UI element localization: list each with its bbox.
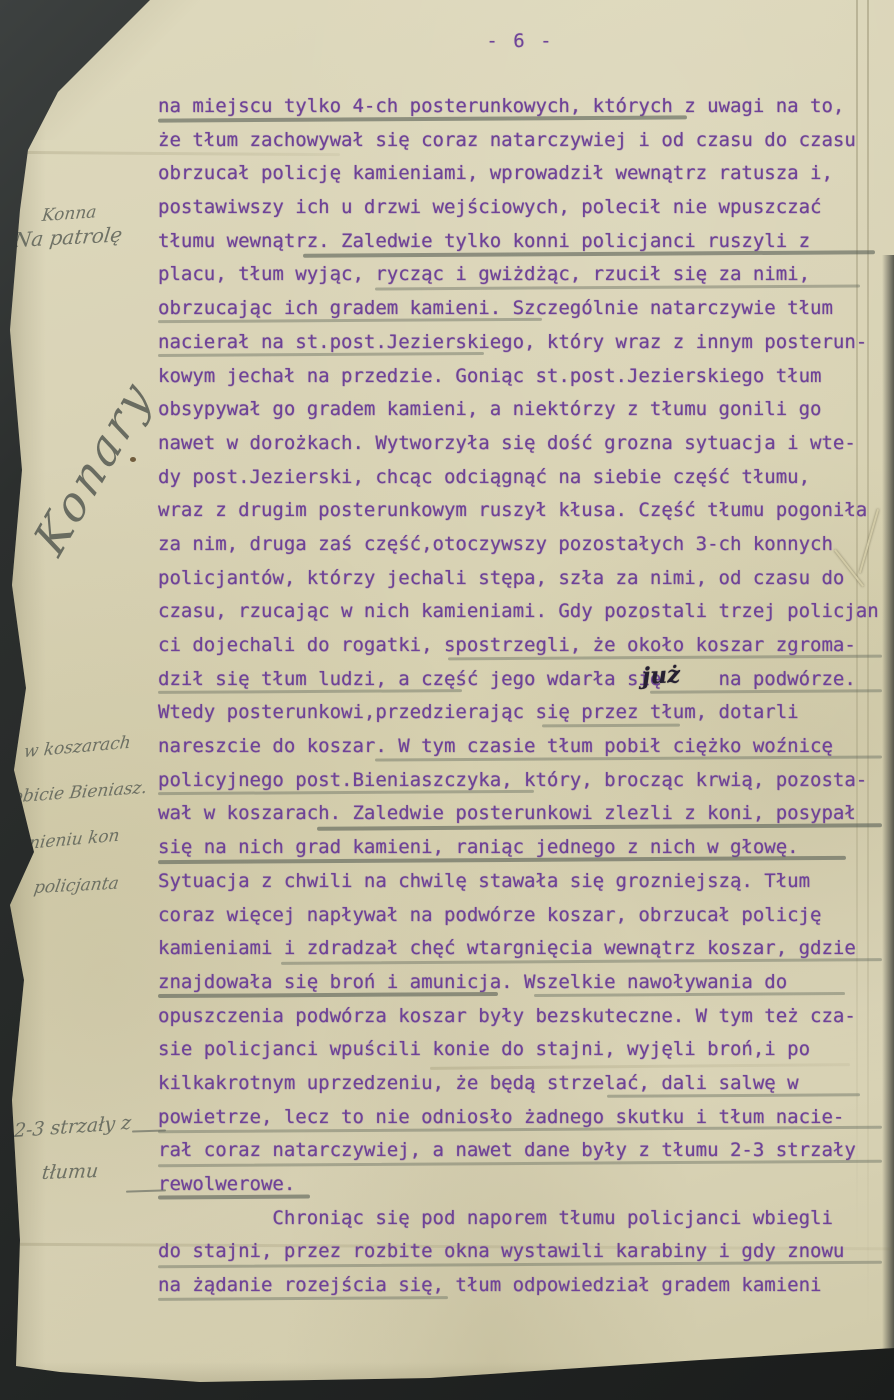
- handwritten-insertion-juz: już: [641, 661, 680, 690]
- document-page: - 6 - na miejscu tylko 4-ch posterunkowy…: [0, 0, 894, 1400]
- typed-line: policjantów, którzy jechali stępa, szła …: [158, 562, 882, 596]
- typed-line: obsypywał go gradem kamieni, a niektórzy…: [158, 393, 882, 427]
- typed-line: że tłum zachowywał się coraz natarczywie…: [158, 124, 882, 158]
- typed-line: nawet w dorożkach. Wytworzyła się dość g…: [158, 427, 882, 461]
- typed-line: czasu, rzucając w nich kamieniami. Gdy p…: [158, 595, 882, 629]
- typed-line: opuszczenia podwórza koszar były bezskut…: [158, 1000, 882, 1034]
- margin-note-middle-line4: policjanta: [32, 873, 120, 898]
- typed-line: kowym jechał na przedzie. Goniąc st.post…: [158, 360, 882, 394]
- pencil-underline: [542, 723, 680, 726]
- typed-line: Wtedy posterunkowi,przedzierając się prz…: [158, 696, 882, 730]
- paper-stain: [130, 457, 136, 462]
- margin-note-middle-line3: zranieniu kon: [1, 826, 121, 857]
- typed-line: Sytuacja z chwili na chwilę stawała się …: [158, 865, 882, 899]
- paper-bottom-edge-shading: [0, 1362, 894, 1400]
- typed-text-block: na miejscu tylko 4-ch posterunkowych, kt…: [158, 90, 882, 1303]
- typed-line: obrzucał policję kamieniami, wprowadził …: [158, 157, 882, 191]
- typed-line: za nim, druga zaś część,otoczywszy pozos…: [158, 528, 882, 562]
- margin-note-bottom-line2: tłumu: [41, 1160, 100, 1184]
- typed-line: Chroniąc się pod naporem tłumu policjanc…: [158, 1202, 882, 1236]
- paper-left-edge-shading: [0, 0, 46, 1400]
- typed-line: postawiwszy ich u drzwi wejściowych, pol…: [158, 191, 882, 225]
- margin-note-top-line1: Konna: [41, 202, 98, 226]
- typed-line: wraz z drugim posterunkowym ruszył kłusa…: [158, 494, 882, 528]
- margin-note-top-line2: Na patrolę: [13, 222, 124, 252]
- typed-line: coraz więcej napływał na podwórze koszar…: [158, 899, 882, 933]
- page-number: - 6 -: [158, 30, 882, 52]
- paper-right-edge-shading: [882, 255, 894, 1372]
- typed-line: dy post.Jezierski, chcąc odciągnąć na si…: [158, 461, 882, 495]
- typed-line: sie policjanci wpuścili konie do stajni,…: [158, 1033, 882, 1067]
